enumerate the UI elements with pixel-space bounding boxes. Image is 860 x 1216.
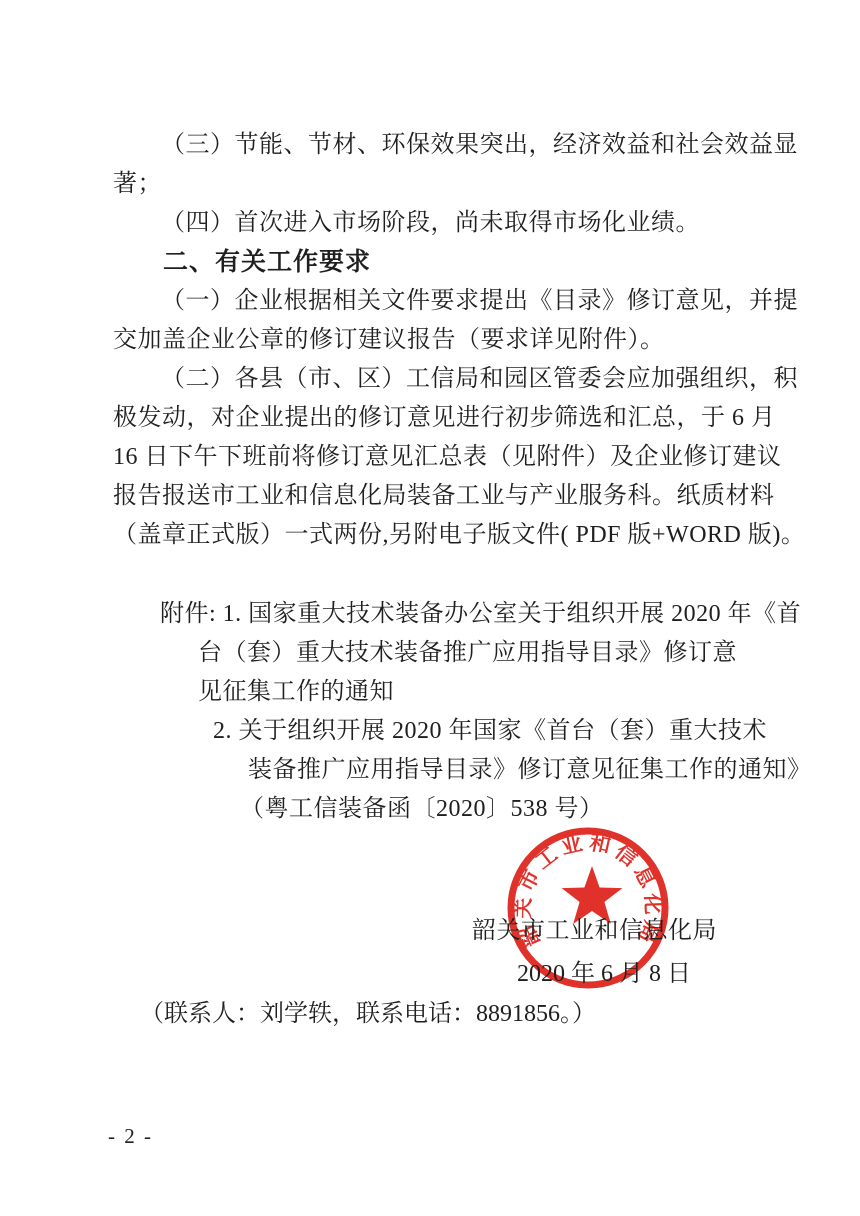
body-line: 16 日下午下班前将修订意见汇总表（见附件）及企业修订建议 [113,438,761,477]
signature-date: 2020 年 6 月 8 日 [517,953,691,988]
section-heading: 二、有关工作要求 [113,243,761,282]
attachment-line: 2. 关于组织开展 2020 年国家《首台（套）重大技术 [113,712,773,751]
attachment-line: 台（套）重大技术装备推广应用指导目录》修订意 [113,634,773,673]
signature-agency: 韶关市工业和信息化局 [472,910,717,945]
attachment-line: 装备推广应用指导目录》修订意见征集工作的通知》 [113,751,773,790]
attachment-line: 附件: 1. 国家重大技术装备办公室关于组织开展 2020 年《首 [113,595,773,634]
contact-line: （联系人：刘学轶，联系电话：8891856。） [140,993,596,1028]
document-body: （三）节能、节材、环保效果突出，经济效益和社会效益显 著； （四）首次进入市场阶… [113,126,761,555]
attachment-line: 见征集工作的通知 [113,673,773,712]
body-line: （三）节能、节材、环保效果突出，经济效益和社会效益显 [113,126,761,165]
body-line: 报告报送市工业和信息化局装备工业与产业服务科。纸质材料 [113,477,761,516]
attachment-line: （粤工信装备函〔2020〕538 号） [113,790,773,829]
body-line: （二）各县（市、区）工信局和园区管委会应加强组织，积 [113,360,761,399]
body-line: （四）首次进入市场阶段，尚未取得市场化业绩。 [113,204,761,243]
body-line: （盖章正式版）一式两份,另附电子版文件( PDF 版+WORD 版)。 [113,516,761,555]
body-line: 著； [113,165,761,204]
page-number: - 2 - [108,1124,153,1149]
body-line: （一）企业根据相关文件要求提出《目录》修订意见，并提 [113,282,761,321]
body-line: 交加盖企业公章的修订建议报告（要求详见附件）。 [113,321,761,360]
document-page: （三）节能、节材、环保效果突出，经济效益和社会效益显 著； （四）首次进入市场阶… [0,0,860,1216]
body-line: 极发动，对企业提出的修订意见进行初步筛选和汇总，于 6 月 [113,399,761,438]
attachment-list: 附件: 1. 国家重大技术装备办公室关于组织开展 2020 年《首 台（套）重大… [113,595,773,829]
